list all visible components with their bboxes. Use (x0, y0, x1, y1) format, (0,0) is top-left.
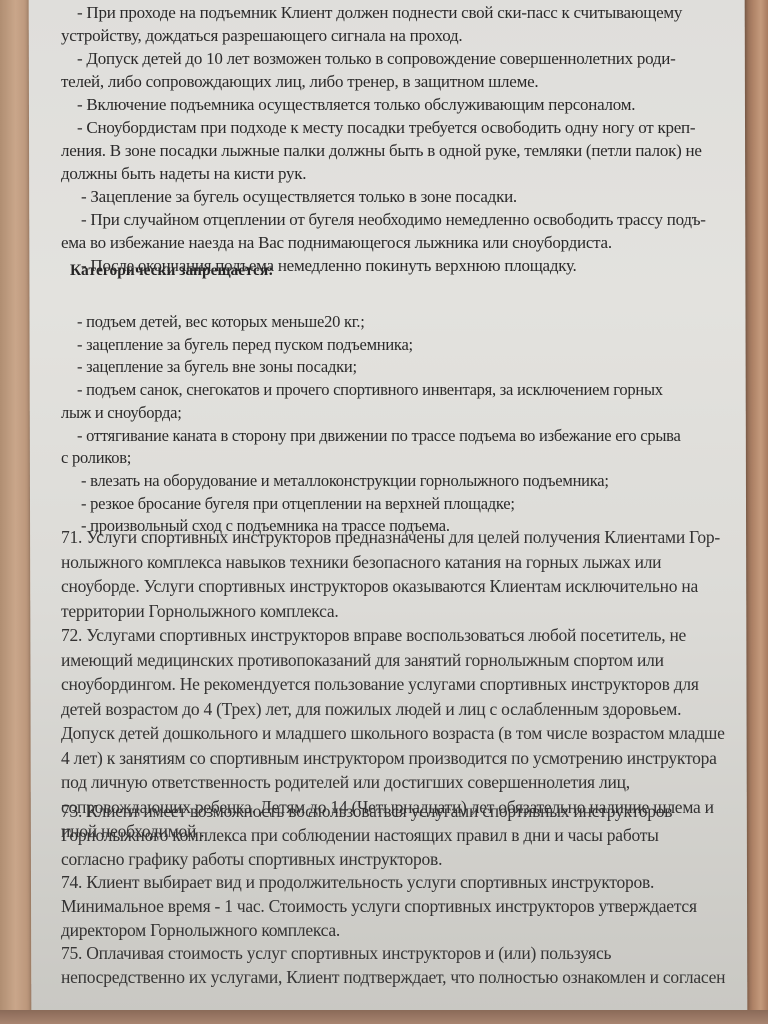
clause-line: нолыжного комплекса навыков техники безо… (61, 550, 725, 575)
rule-line: телей, либо сопровождающих лиц, либо тре… (61, 70, 706, 93)
clause-line: 73. Клиент имеет возможность воспользова… (61, 799, 672, 823)
prohibited-item: с роликов; (61, 447, 681, 470)
prohibited-list: - подъем детей, вес которых меньше20 кг.… (61, 311, 681, 538)
clause-73: 73. Клиент имеет возможность воспользова… (61, 799, 672, 871)
rule-line: ема во избежание наезда на Вас поднимающ… (61, 231, 706, 254)
clause-line: 72. Услугами спортивных инструкторов впр… (61, 623, 725, 648)
wooden-surface-right (744, 0, 768, 1024)
clause-line: под личную ответственность родителей или… (61, 770, 725, 795)
rule-line: - Допуск детей до 10 лет возможен только… (61, 47, 706, 70)
prohibited-item: - подъем детей, вес которых меньше20 кг.… (61, 311, 681, 334)
rule-line: - Зацепление за бугель осуществляется то… (61, 185, 706, 208)
rule-line: ления. В зоне посадки лыжные палки должн… (61, 139, 706, 162)
rule-line: - При случайном отцеплении от бугеля нео… (61, 208, 706, 231)
clause-line: Минимальное время - 1 час. Стоимость усл… (61, 894, 697, 918)
clause-74: 74. Клиент выбирает вид и продолжительно… (61, 870, 697, 942)
prohibited-item: лыж и сноуборда; (61, 402, 681, 425)
clause-line: имеющий медицинских противопоказаний для… (61, 648, 725, 673)
clause-75: 75. Оплачивая стоимость услуг спортивных… (61, 941, 725, 989)
clause-line: Допуск детей дошкольного и младшего школ… (61, 721, 725, 746)
clause-line: директором Горнолыжного комплекса. (61, 918, 697, 942)
rule-line: должны быть надеты на кисти рук. (61, 162, 706, 185)
clause-line: сноубордингом. Не рекомендуется пользова… (61, 672, 725, 697)
prohibited-item: - подъем санок, снегокатов и прочего спо… (61, 379, 681, 402)
clause-line: Горнолыжного комплекса при соблюдении на… (61, 823, 672, 847)
prohibited-item: - оттягивание каната в сторону при движе… (61, 425, 681, 448)
clauses-71-72: 71. Услуги спортивных инструкторов предн… (61, 525, 725, 844)
clause-line: непосредственно их услугами, Клиент подт… (61, 965, 725, 989)
clause-line: 71. Услуги спортивных инструкторов предн… (61, 525, 725, 550)
wooden-surface-bottom (0, 1010, 768, 1024)
prohibited-item: - зацепление за бугель перед пуском подъ… (61, 334, 681, 357)
rule-line: устройству, дождаться разрешающего сигна… (61, 24, 706, 47)
prohibited-item: - влезать на оборудование и металлоконст… (61, 470, 681, 493)
clause-line: 75. Оплачивая стоимость услуг спортивных… (61, 941, 725, 965)
lift-rules-section: - При проходе на подъемник Клиент должен… (61, 1, 706, 277)
prohibited-heading: Категорически запрещается: (70, 262, 273, 280)
prohibited-item: - резкое бросание бугеля при отцеплении … (61, 493, 681, 516)
rule-line: - Сноубордистам при подходе к месту поса… (61, 116, 706, 139)
rule-line: - Включение подъемника осуществляется то… (61, 93, 706, 116)
clause-line: согласно графику работы спортивных инстр… (61, 847, 672, 871)
rule-line: - При проходе на подъемник Клиент должен… (61, 1, 706, 24)
clause-line: территории Горнолыжного комплекса. (61, 599, 725, 624)
clause-line: сноуборде. Услуги спортивных инструкторо… (61, 574, 725, 599)
clause-line: детей возрастом до 4 (Трех) лет, для пож… (61, 697, 725, 722)
clause-line: 74. Клиент выбирает вид и продолжительно… (61, 870, 697, 894)
clause-line: 4 лет) к занятиям со спортивным инструкт… (61, 746, 725, 771)
prohibited-item: - зацепление за бугель вне зоны посадки; (61, 356, 681, 379)
